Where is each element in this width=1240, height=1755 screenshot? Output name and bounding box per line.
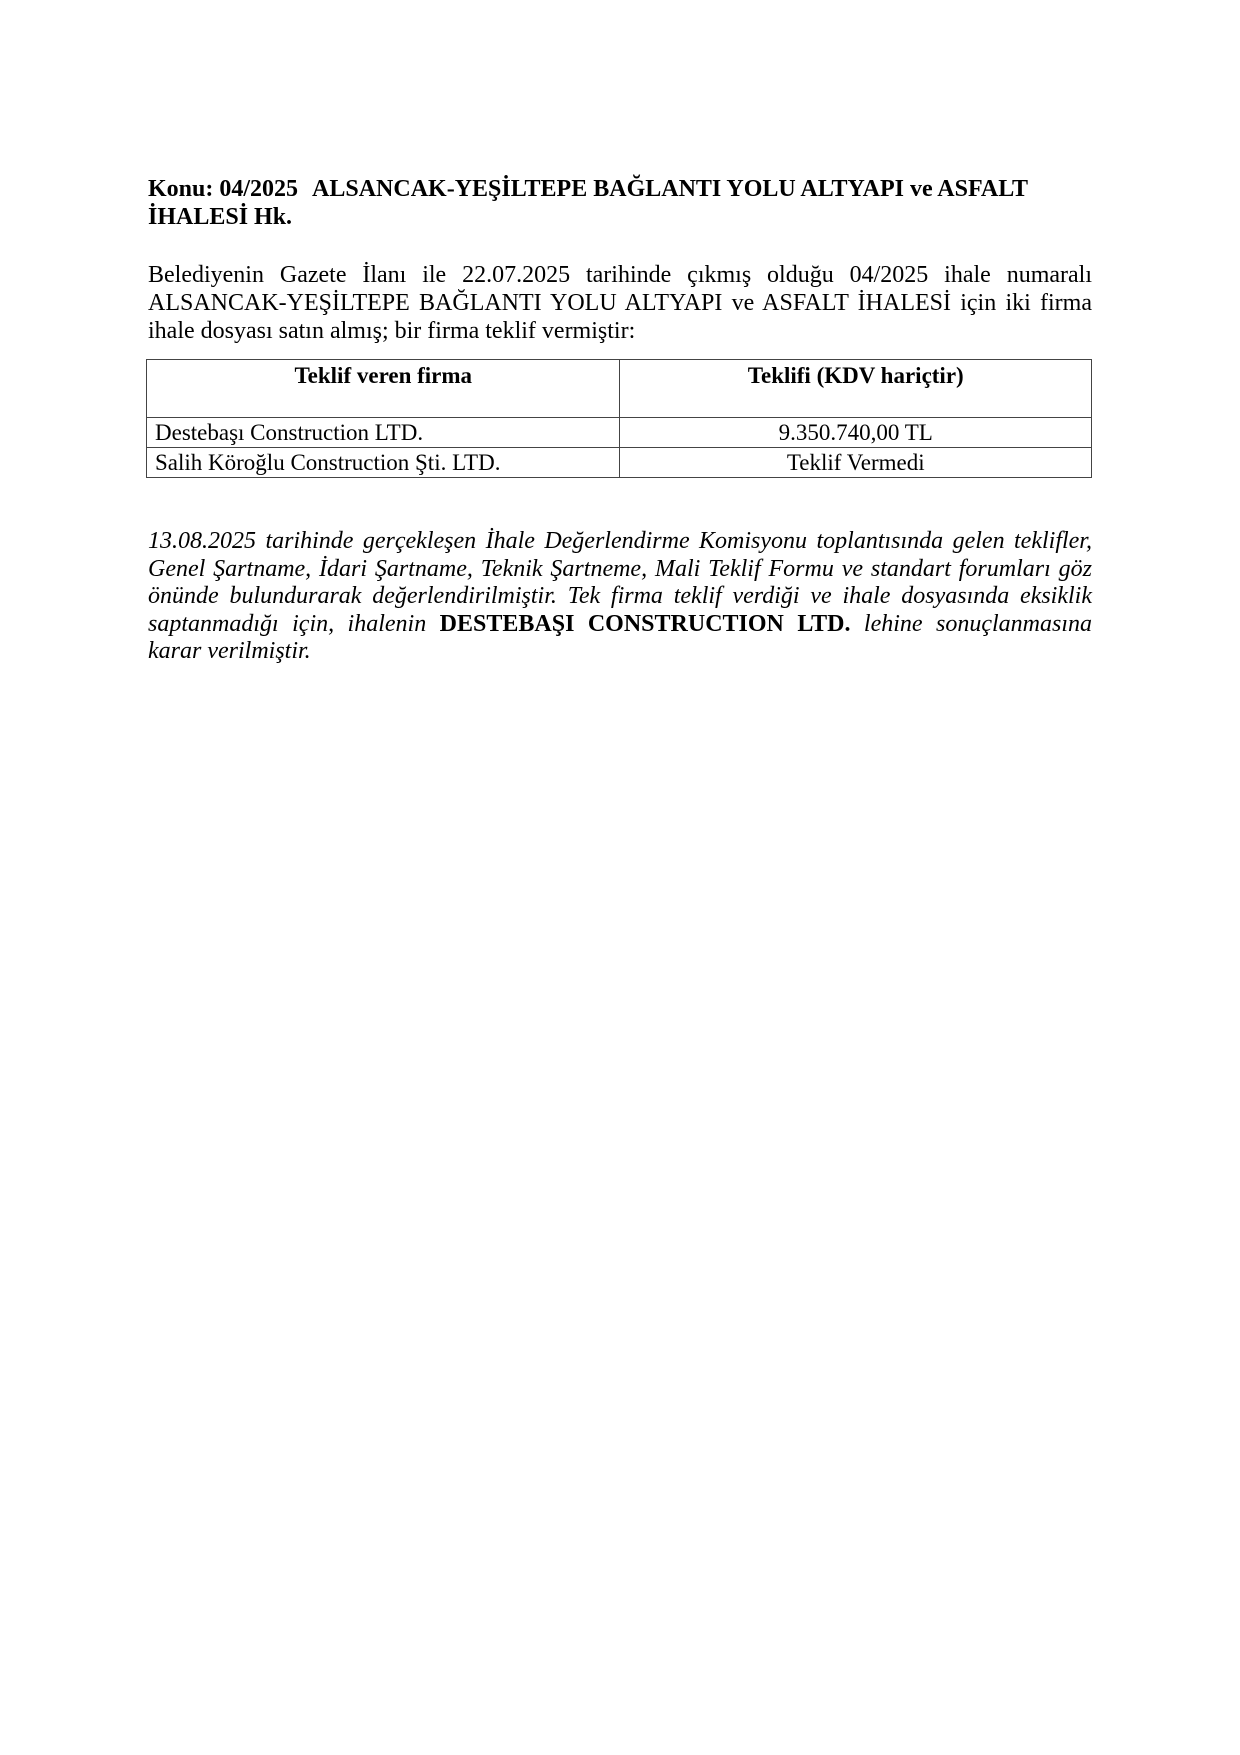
cell-firm: Destebaşı Construction LTD. xyxy=(147,418,620,448)
cell-bid: Teklif Vermedi xyxy=(620,448,1092,478)
bids-table: Teklif veren firma Teklifi (KDV hariçtir… xyxy=(146,359,1092,478)
cell-bid: 9.350.740,00 TL xyxy=(620,418,1092,448)
table-row: Destebaşı Construction LTD. 9.350.740,00… xyxy=(147,418,1092,448)
document-page: Konu: 04/2025ALSANCAK-YEŞİLTEPE BAĞLANTI… xyxy=(148,175,1092,666)
winner-name: DESTEBAŞI CONSTRUCTION LTD. xyxy=(440,611,851,637)
cell-firm: Salih Köroğlu Construction Şti. LTD. xyxy=(147,448,620,478)
table-row: Salih Köroğlu Construction Şti. LTD. Tek… xyxy=(147,448,1092,478)
intro-paragraph: Belediyenin Gazete İlanı ile 22.07.2025 … xyxy=(148,261,1092,345)
subject-prefix: Konu: 04/2025 xyxy=(148,176,298,202)
header-bid: Teklifi (KDV hariçtir) xyxy=(620,360,1092,418)
decision-paragraph: 13.08.2025 tarihinde gerçekleşen İhale D… xyxy=(148,528,1092,666)
header-firm: Teklif veren firma xyxy=(147,360,620,418)
table-header-row: Teklif veren firma Teklifi (KDV hariçtir… xyxy=(147,360,1092,418)
subject-heading: Konu: 04/2025ALSANCAK-YEŞİLTEPE BAĞLANTI… xyxy=(148,175,1092,231)
